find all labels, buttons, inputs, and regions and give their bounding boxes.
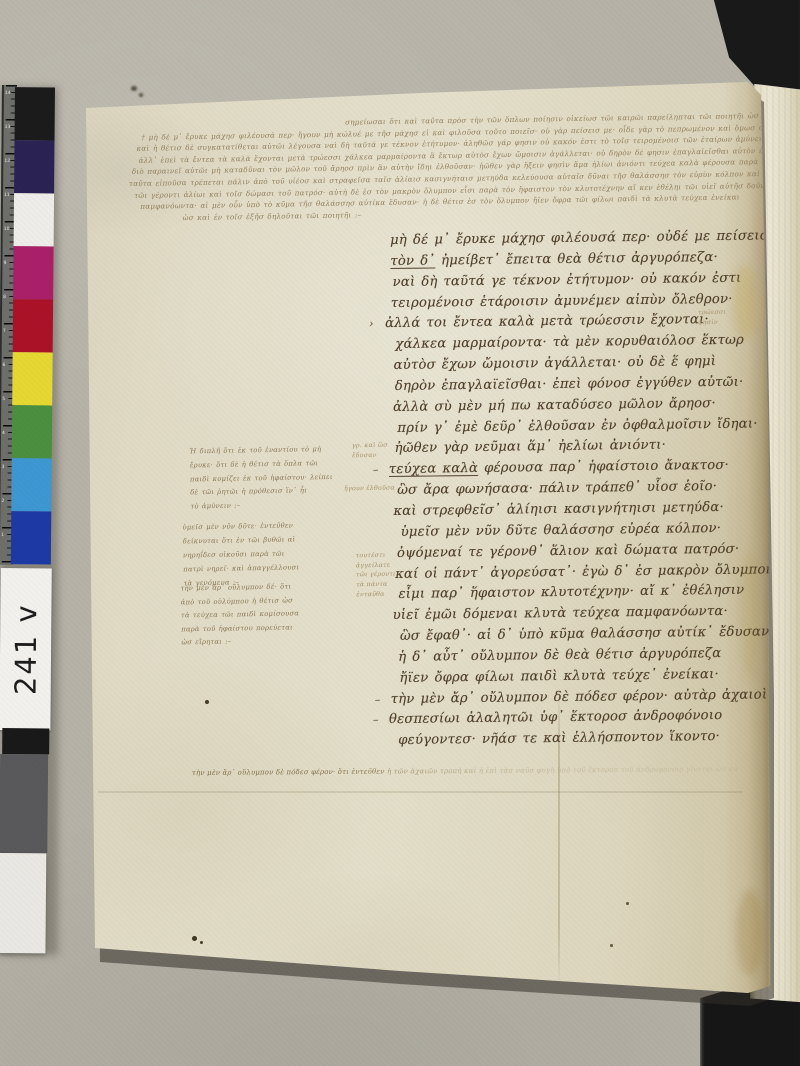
ruler-number: 12 — [4, 159, 10, 164]
ruler-number: 2 — [1, 499, 4, 504]
grayscale-patch-white — [0, 853, 46, 953]
underlined-words: τεύχεα καλὰ — [389, 461, 478, 477]
underlined-words: τὸν δ᾽ — [390, 253, 435, 269]
ruler-number: 11 — [4, 193, 10, 198]
gloss-line: γρ. καὶ ὣσ — [352, 441, 388, 451]
bottom-scholion-line: τὴν μὲν ἄρ᾽ οὔλυμπον δὲ πόδεσ φέρον· ὅτι… — [192, 765, 737, 777]
gloss-line: τῶι γέροντι — [356, 570, 396, 580]
margin-scholion-line: ὡσ εἴρηται :– — [181, 634, 343, 650]
gloss-line: ἤγουν ἐλθοῦσα — [344, 484, 395, 494]
color-patch-yellow — [12, 352, 52, 405]
margin-scholion-block: τὴν μὲν ἄρ᾽ οὔλυμπον δέ· ὅτιἀπὸ τοῦ οὐλύ… — [180, 580, 343, 650]
folio-number-text: 241 v — [8, 603, 43, 695]
color-patch-magenta — [13, 246, 53, 299]
grayscale-patch-black — [2, 728, 49, 754]
gloss-line: ἐνταῦθα — [356, 589, 396, 599]
color-patch-light-blue — [11, 458, 51, 511]
horizontal-crease — [98, 791, 743, 793]
ruler-number: 10 — [4, 227, 10, 232]
parchment-stain — [733, 265, 757, 339]
parchment-stain — [740, 550, 758, 680]
gloss-line: φησὶν — [698, 317, 726, 327]
ink-speck — [610, 944, 613, 947]
color-patch-column — [11, 87, 55, 564]
gloss-note: τρώεσσιφησὶν — [698, 308, 726, 327]
gloss-note: ἤγουν ἐλθοῦσα — [344, 484, 395, 494]
line-marginal-mark: › — [369, 318, 374, 331]
color-patch-white — [14, 193, 54, 246]
cloth-speck — [131, 86, 137, 91]
ink-speck — [205, 700, 209, 704]
ruler-number: 8 — [3, 295, 6, 300]
manuscript-page: σημείωσαι ὅτι καὶ ταῦτα πρὸσ τὴν τῶν ὅπλ… — [0, 0, 800, 1066]
grayscale-patch-dark-gray — [0, 754, 48, 853]
bottom-scholion-left: τὴν μὲν ἄρ᾽ οὔλυμπον δὲ πόδεσ φέρον· ὅτι… — [192, 768, 387, 777]
ruler-number: 1 — [1, 533, 4, 538]
ink-speck — [626, 902, 629, 905]
ink-speck — [200, 941, 203, 944]
gloss-line: ἔδυσαν — [352, 450, 388, 460]
color-patch-red — [13, 299, 53, 352]
bottom-scholion-right: ἡ τῶν ἀχαιῶν τροπὴ καὶ ἡ ἐπὶ τὰσ ναῦσ φυ… — [387, 765, 737, 775]
gloss-note: γρ. καὶ ὣσἔδυσαν — [352, 441, 388, 461]
color-patch-black — [15, 87, 55, 140]
line-marginal-mark: – — [373, 463, 379, 476]
ruler-number: 5 — [2, 397, 5, 402]
line-marginal-mark: – — [373, 714, 379, 727]
color-calibration-bar: 1413121110987654321 241 v — [0, 85, 58, 955]
ruler-number: 14 — [5, 91, 11, 96]
header-scholia-block: σημείωσαι ὅτι καὶ ταῦτα πρὸσ τὴν τῶν ὅπλ… — [128, 110, 778, 225]
ruler-number: 4 — [2, 431, 5, 436]
ruler-number: 13 — [5, 125, 11, 130]
manuscript-photograph: σημείωσαι ὅτι καὶ ταῦτα πρὸσ τὴν τῶν ὅπλ… — [0, 0, 800, 1066]
ruler-number: 3 — [2, 465, 5, 470]
cloth-speck — [139, 93, 143, 97]
ruler-number: 7 — [3, 329, 6, 334]
color-patch-dark-violet — [14, 140, 54, 193]
margin-scholion-block: Ἡ διπλῆ ὅτι ἐκ τοῦ ἐναντίου τὸ μὴἔρυκε· … — [189, 443, 352, 515]
color-patch-blue — [11, 511, 51, 564]
folio-number-label: 241 v — [0, 568, 52, 730]
parchment-stain — [736, 890, 764, 976]
ruler-number: 6 — [3, 363, 6, 368]
line-marginal-mark: – — [375, 693, 381, 706]
gloss-line: τρώεσσι — [698, 308, 726, 318]
ruler-number: 9 — [3, 261, 6, 266]
ink-speck — [192, 936, 197, 941]
margin-scholion-line: τὸ ἀμύνειν :– — [190, 498, 352, 515]
main-text-line: φεύγοντεσ· νῆάσ τε καὶ ἑλλήσποντον ἵκοντ… — [398, 729, 756, 754]
color-patch-green — [12, 405, 52, 458]
gloss-note: τουτέστιἀγγείλατετῶι γέροντιτὰ πάνταἐντα… — [356, 551, 397, 600]
